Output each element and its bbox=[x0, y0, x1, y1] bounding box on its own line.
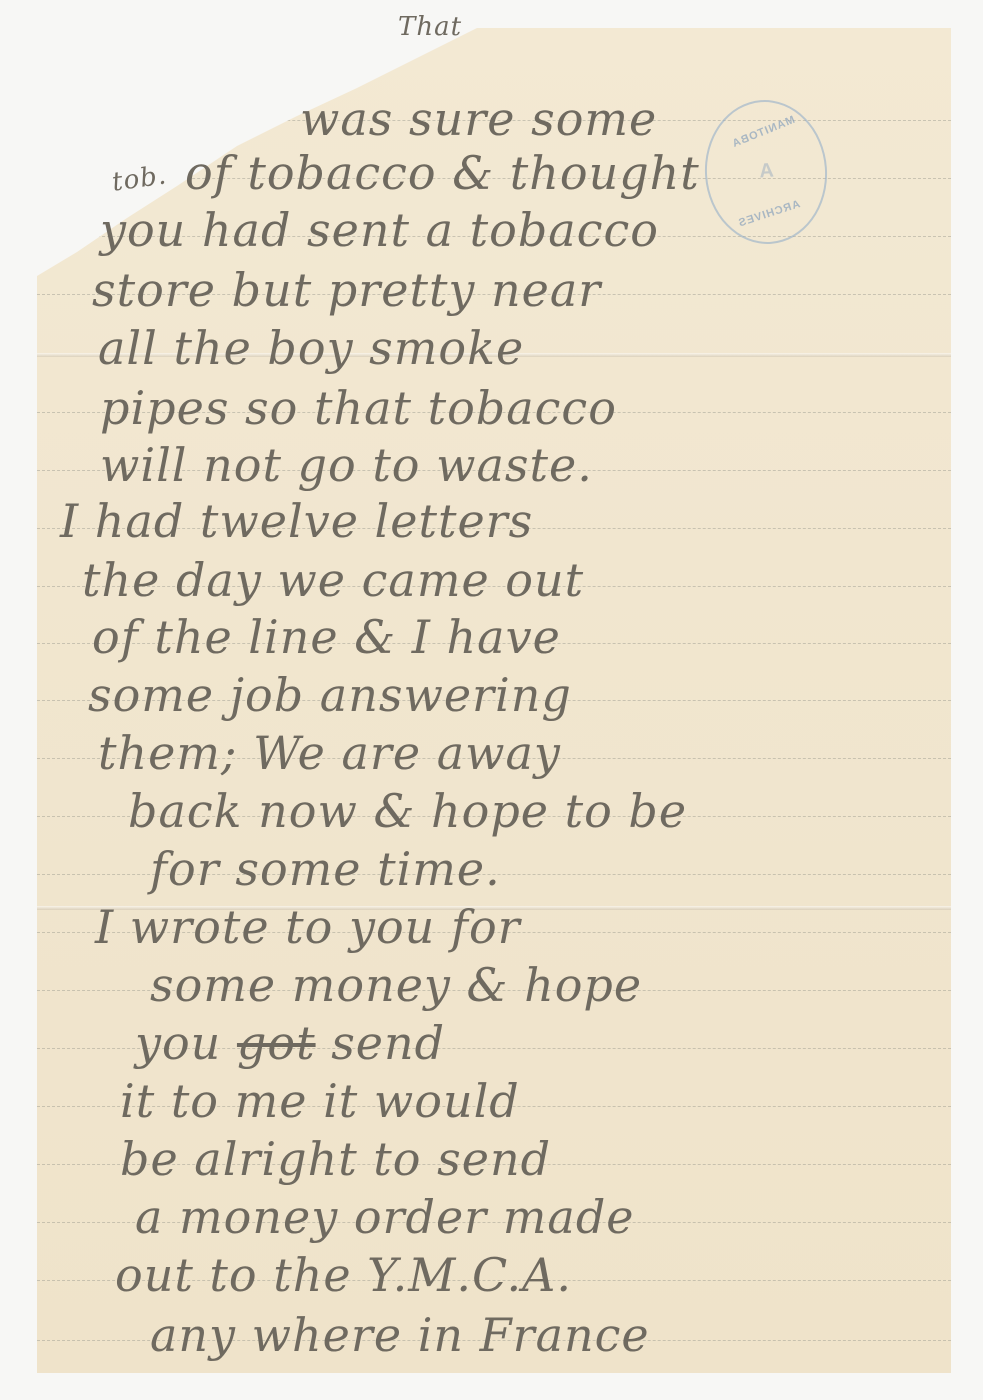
margin-note-tob: tob. bbox=[110, 162, 168, 195]
letter-line: all the boy smoke bbox=[98, 325, 524, 371]
struck-word: got bbox=[237, 1016, 316, 1070]
word: send bbox=[331, 1016, 445, 1070]
letter-line: be alright to send bbox=[120, 1136, 551, 1182]
letter-line: some money & hope bbox=[150, 962, 642, 1008]
letter-line: for some time. bbox=[150, 846, 501, 892]
letter-line: of the line & I have bbox=[92, 614, 561, 660]
letter-line: any where in France bbox=[150, 1312, 650, 1358]
letter-line: will not go to waste. bbox=[100, 442, 593, 488]
letter-line: was sure some bbox=[300, 96, 657, 142]
letter-line: you had sent a tobacco bbox=[100, 207, 659, 253]
letter-line: a money order made bbox=[135, 1194, 635, 1240]
scanned-letter-page: MANITOBA A ARCHIVES That tob. was sure s… bbox=[0, 0, 983, 1400]
letter-line: store but pretty near bbox=[92, 267, 601, 313]
letter-line: it to me it would bbox=[120, 1078, 520, 1124]
letter-line: pipes so that tobacco bbox=[100, 385, 617, 431]
letter-line: some job answering bbox=[88, 672, 572, 718]
letter-line: them; We are away bbox=[98, 730, 561, 776]
letter-line: of tobacco & thought bbox=[185, 150, 700, 196]
stamp-text-middle: A bbox=[706, 156, 825, 187]
letter-line: the day we came out bbox=[82, 557, 584, 603]
letter-line-with-strikethrough: you got send bbox=[135, 1020, 445, 1066]
letter-line: I had twelve letters bbox=[60, 498, 533, 544]
inserted-word-that: That bbox=[398, 14, 462, 40]
letter-line: out to the Y.M.C.A. bbox=[115, 1252, 572, 1298]
letter-line: back now & hope to be bbox=[128, 788, 687, 834]
word: you bbox=[135, 1016, 221, 1070]
letter-line: I wrote to you for bbox=[95, 904, 521, 950]
